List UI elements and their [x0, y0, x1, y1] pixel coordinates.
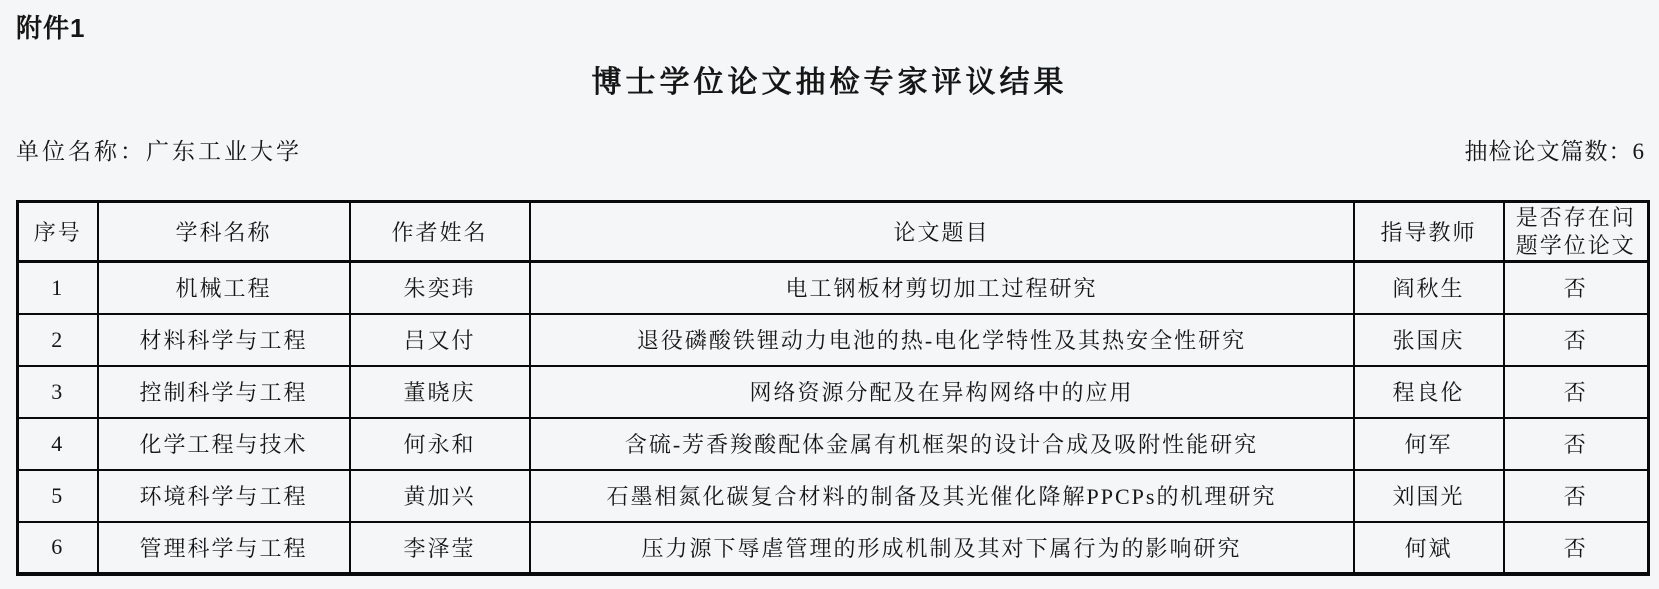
serial-cell: 5	[18, 470, 98, 522]
discipline-cell: 环境科学与工程	[98, 470, 350, 522]
discipline-cell: 控制科学与工程	[98, 366, 350, 418]
thesis-title-cell: 网络资源分配及在异构网络中的应用	[530, 366, 1354, 418]
table-row: 2 材料科学与工程 吕又付 退役磷酸铁锂动力电池的热-电化学特性及其热安全性研究…	[18, 314, 1649, 366]
serial-cell: 3	[18, 366, 98, 418]
problem-flag-cell: 否	[1504, 366, 1649, 418]
thesis-title-cell: 含硫-芳香羧酸配体金属有机框架的设计合成及吸附性能研究	[530, 418, 1354, 470]
unit-name-label: 单位名称：广东工业大学	[16, 133, 302, 166]
col-header-thesis-title: 论文题目	[530, 202, 1354, 262]
paper-count-label: 抽检论文篇数：6	[1465, 133, 1646, 166]
table-row: 6 管理科学与工程 李泽莹 压力源下辱虐管理的形成机制及其对下属行为的影响研究 …	[18, 522, 1649, 574]
serial-cell: 6	[18, 522, 98, 574]
thesis-title-cell: 电工钢板材剪切加工过程研究	[530, 262, 1354, 314]
page-title: 博士学位论文抽检专家评议结果	[0, 57, 1659, 101]
table-row: 3 控制科学与工程 董晓庆 网络资源分配及在异构网络中的应用 程良伦 否	[18, 366, 1649, 418]
table-header-row: 序号 学科名称 作者姓名 论文题目 指导教师 是否存在问题学位论文	[18, 202, 1649, 262]
problem-flag-cell: 否	[1504, 314, 1649, 366]
col-header-discipline: 学科名称	[98, 202, 350, 262]
document-page: 附件1 博士学位论文抽检专家评议结果 单位名称：广东工业大学 抽检论文篇数：6 …	[0, 0, 1659, 589]
advisor-cell: 张国庆	[1354, 314, 1504, 366]
discipline-cell: 化学工程与技术	[98, 418, 350, 470]
table-row: 1 机械工程 朱奕玮 电工钢板材剪切加工过程研究 阎秋生 否	[18, 262, 1649, 314]
problem-flag-cell: 否	[1504, 522, 1649, 574]
problem-flag-cell: 否	[1504, 470, 1649, 522]
advisor-cell: 阎秋生	[1354, 262, 1504, 314]
discipline-cell: 管理科学与工程	[98, 522, 350, 574]
discipline-cell: 材料科学与工程	[98, 314, 350, 366]
attachment-label: 附件1	[0, 0, 1659, 45]
thesis-title-cell: 压力源下辱虐管理的形成机制及其对下属行为的影响研究	[530, 522, 1354, 574]
thesis-title-cell: 石墨相氮化碳复合材料的制备及其光催化降解PPCPs的机理研究	[530, 470, 1354, 522]
author-cell: 何永和	[350, 418, 530, 470]
advisor-cell: 何军	[1354, 418, 1504, 470]
col-header-serial: 序号	[18, 202, 98, 262]
author-cell: 李泽莹	[350, 522, 530, 574]
problem-flag-cell: 否	[1504, 262, 1649, 314]
col-header-advisor: 指导教师	[1354, 202, 1504, 262]
table-row: 4 化学工程与技术 何永和 含硫-芳香羧酸配体金属有机框架的设计合成及吸附性能研…	[18, 418, 1649, 470]
author-cell: 吕又付	[350, 314, 530, 366]
serial-cell: 1	[18, 262, 98, 314]
col-header-author: 作者姓名	[350, 202, 530, 262]
advisor-cell: 程良伦	[1354, 366, 1504, 418]
serial-cell: 4	[18, 418, 98, 470]
table-row: 5 环境科学与工程 黄加兴 石墨相氮化碳复合材料的制备及其光催化降解PPCPs的…	[18, 470, 1649, 522]
meta-row: 单位名称：广东工业大学 抽检论文篇数：6	[16, 133, 1645, 166]
thesis-title-cell: 退役磷酸铁锂动力电池的热-电化学特性及其热安全性研究	[530, 314, 1354, 366]
advisor-cell: 何斌	[1354, 522, 1504, 574]
author-cell: 黄加兴	[350, 470, 530, 522]
col-header-problem-flag: 是否存在问题学位论文	[1504, 202, 1649, 262]
advisor-cell: 刘国光	[1354, 470, 1504, 522]
problem-flag-cell: 否	[1504, 418, 1649, 470]
author-cell: 董晓庆	[350, 366, 530, 418]
serial-cell: 2	[18, 314, 98, 366]
review-results-table: 序号 学科名称 作者姓名 论文题目 指导教师 是否存在问题学位论文 1 机械工程…	[16, 200, 1650, 576]
discipline-cell: 机械工程	[98, 262, 350, 314]
author-cell: 朱奕玮	[350, 262, 530, 314]
